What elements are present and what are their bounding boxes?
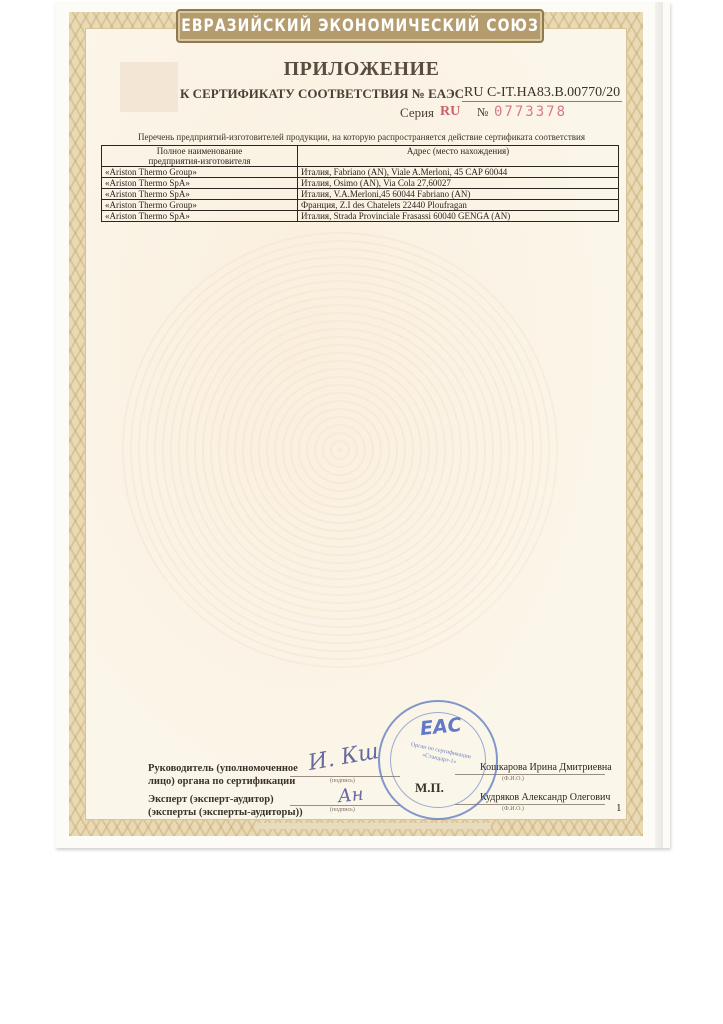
table-row: «Ariston Thermo SpA»Италия, V.A.Merloni,… (102, 189, 619, 200)
manufacturer-name-cell: «Ariston Thermo Group» (102, 200, 298, 211)
expert-signature: Ан (337, 784, 365, 808)
manufacturer-address-cell: Италия, Osimo (AN), Via Cola 27,60027 (298, 178, 619, 189)
table-header-row: Полное наименование предприятия-изготови… (102, 146, 619, 167)
blank-number-value: 0773378 (494, 104, 567, 120)
column-header-address: Адрес (место нахождения) (298, 146, 619, 167)
manufacturer-name-cell: «Ariston Thermo SpA» (102, 178, 298, 189)
manufacturers-table: Полное наименование предприятия-изготови… (101, 145, 619, 222)
series-value: RU (440, 104, 460, 120)
expert-signature-caption: (подпись) (330, 807, 355, 813)
table-row: «Ariston Thermo Group»Франция, Z.I des C… (102, 200, 619, 211)
union-banner-text: ЕВРАЗИЙСКИЙ ЭКОНОМИЧЕСКИЙ СОЮЗ (181, 16, 539, 36)
manufacturer-address-cell: Италия, Strada Provinciale Frasassi 6004… (298, 211, 619, 222)
table-row: «Ariston Thermo SpA»Италия, Osimo (AN), … (102, 178, 619, 189)
certificate-prefix: К СЕРТИФИКАТУ СООТВЕТСТВИЯ № ЕАЭС (180, 86, 464, 102)
head-signature-caption: (подпись) (330, 778, 355, 784)
manufacturer-address-cell: Италия, Fabriano (AN), Viale A.Merloni, … (298, 167, 619, 178)
column-header-name: Полное наименование предприятия-изготови… (102, 146, 298, 167)
stamp-organization: Орган по сертификации «Стандарт-1» (397, 738, 482, 771)
eac-mark-icon: ЕАС (419, 714, 463, 740)
manufacturer-name-cell: «Ariston Thermo SpA» (102, 189, 298, 200)
union-banner: ЕВРАЗИЙСКИЙ ЭКОНОМИЧЕСКИЙ СОЮЗ (176, 9, 544, 43)
document-title: ПРИЛОЖЕНИЕ (0, 58, 723, 81)
seal-label: М.П. (415, 780, 444, 796)
expert-label-line1: Эксперт (эксперт-аудитор) (148, 793, 303, 806)
manufacturer-name-cell: «Ariston Thermo Group» (102, 167, 298, 178)
series-label: Серия (400, 105, 434, 121)
head-label-line2: лицо) органа по сертификации (148, 775, 298, 788)
blank-number-label: № (477, 105, 488, 120)
manufacturer-address-cell: Италия, V.A.Merloni,45 60044 Fabriano (A… (298, 189, 619, 200)
table-row: «Ariston Thermo Group»Италия, Fabriano (… (102, 167, 619, 178)
head-name-caption: (Ф.И.О.) (502, 776, 524, 782)
table-row: «Ariston Thermo SpA»Италия, Strada Provi… (102, 211, 619, 222)
expert-label: Эксперт (эксперт-аудитор) (эксперты (экс… (148, 793, 303, 819)
expert-name-caption: (Ф.И.О.) (502, 806, 524, 812)
head-name: Кошкарова Ирина Дмитриевна (480, 762, 612, 773)
head-label: Руководитель (уполномоченное лицо) орган… (148, 762, 298, 788)
expert-name: Кудряков Александр Олегович (480, 792, 610, 803)
printer-imprint-strip (255, 823, 491, 829)
manufacturers-caption: Перечень предприятий-изготовителей проду… (0, 132, 723, 142)
sheet-edge (655, 2, 663, 848)
page-number: 1 (616, 802, 622, 814)
manufacturer-name-cell: «Ariston Thermo SpA» (102, 211, 298, 222)
head-label-line1: Руководитель (уполномоченное (148, 762, 298, 775)
certification-stamp: ЕАС Орган по сертификации «Стандарт-1» (378, 700, 498, 820)
certificate-number: RU С-IT.НА83.В.00770/20 (462, 85, 622, 102)
expert-label-line2: (эксперты (эксперты-аудиторы)) (148, 806, 303, 819)
manufacturer-address-cell: Франция, Z.I des Chatelets 22440 Ploufra… (298, 200, 619, 211)
